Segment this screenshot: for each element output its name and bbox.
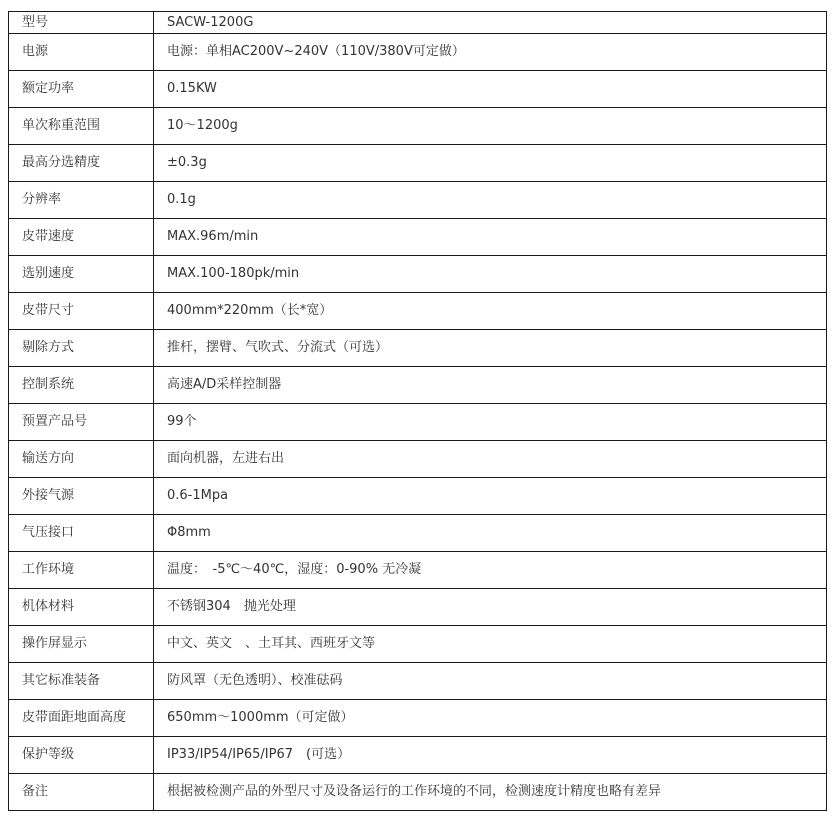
row-value: 高速A/D采样控制器: [154, 367, 827, 404]
row-label: 皮带速度: [9, 219, 154, 256]
table-row-standard-equipment: 其它标准装备 防风罩（无色透明）、校准砝码: [9, 663, 827, 700]
row-label: 工作环境: [9, 552, 154, 589]
table-row-remarks: 备注 根据被检测产品的外型尺寸及设备运行的工作环境的不同，检测速度计精度也略有差…: [9, 774, 827, 811]
table-row-body-material: 机体材料 不锈钢304 抛光处理: [9, 589, 827, 626]
row-label: 预置产品号: [9, 404, 154, 441]
row-label: 型号: [9, 12, 154, 34]
table-row-resolution: 分辨率 0.1g: [9, 182, 827, 219]
table-row-belt-speed: 皮带速度 MAX.96m/min: [9, 219, 827, 256]
row-value: 根据被检测产品的外型尺寸及设备运行的工作环境的不同，检测速度计精度也略有差异: [154, 774, 827, 811]
row-value: 中文、英文 、土耳其、西班牙文等: [154, 626, 827, 663]
row-label: 皮带面距地面高度: [9, 700, 154, 737]
row-label: 保护等级: [9, 737, 154, 774]
row-value: 推杆，摆臂、气吹式、分流式（可选）: [154, 330, 827, 367]
spec-table: 型号 SACW-1200G 电源 电源：单相AC200V~240V（110V/3…: [8, 11, 827, 811]
row-value: ±0.3g: [154, 145, 827, 182]
row-value: 温度： -5℃～40℃，湿度：0-90% 无冷凝: [154, 552, 827, 589]
row-value: 防风罩（无色透明）、校准砝码: [154, 663, 827, 700]
row-label: 最高分选精度: [9, 145, 154, 182]
row-label: 皮带尺寸: [9, 293, 154, 330]
row-label: 备注: [9, 774, 154, 811]
row-label: 分辨率: [9, 182, 154, 219]
table-row-weighing-range: 单次称重范围 10～1200g: [9, 108, 827, 145]
row-value: Φ8mm: [154, 515, 827, 552]
row-value: MAX.100-180pk/min: [154, 256, 827, 293]
row-value: 0.15KW: [154, 71, 827, 108]
row-value: 0.1g: [154, 182, 827, 219]
table-row-rated-power: 额定功率 0.15KW: [9, 71, 827, 108]
table-row-protection-level: 保护等级 IP33/IP54/IP65/IP67 (可选）: [9, 737, 827, 774]
row-value: 650mm～1000mm（可定做）: [154, 700, 827, 737]
table-row-conveying-direction: 输送方向 面向机器，左进右出: [9, 441, 827, 478]
row-label: 单次称重范围: [9, 108, 154, 145]
row-value: 电源：单相AC200V~240V（110V/380V可定做）: [154, 34, 827, 71]
row-value: IP33/IP54/IP65/IP67 (可选）: [154, 737, 827, 774]
table-row-belt-size: 皮带尺寸 400mm*220mm（长*宽）: [9, 293, 827, 330]
table-row-preset-products: 预置产品号 99个: [9, 404, 827, 441]
spec-table-body: 型号 SACW-1200G 电源 电源：单相AC200V~240V（110V/3…: [9, 12, 827, 811]
row-value: 0.6-1Mpa: [154, 478, 827, 515]
table-row-sorting-speed: 选别速度 MAX.100-180pk/min: [9, 256, 827, 293]
row-value: 面向机器，左进右出: [154, 441, 827, 478]
table-row-belt-height: 皮带面距地面高度 650mm～1000mm（可定做）: [9, 700, 827, 737]
row-label: 选别速度: [9, 256, 154, 293]
table-row-model: 型号 SACW-1200G: [9, 12, 827, 34]
row-value: 10～1200g: [154, 108, 827, 145]
row-value: 不锈钢304 抛光处理: [154, 589, 827, 626]
table-row-air-interface: 气压接口 Φ8mm: [9, 515, 827, 552]
row-label: 气压接口: [9, 515, 154, 552]
row-value: 99个: [154, 404, 827, 441]
table-row-air-source: 外接气源 0.6-1Mpa: [9, 478, 827, 515]
row-label: 电源: [9, 34, 154, 71]
row-label: 其它标准装备: [9, 663, 154, 700]
table-row-display-language: 操作屏显示 中文、英文 、土耳其、西班牙文等: [9, 626, 827, 663]
row-label: 机体材料: [9, 589, 154, 626]
table-row-control-system: 控制系统 高速A/D采样控制器: [9, 367, 827, 404]
row-label: 剔除方式: [9, 330, 154, 367]
row-value: MAX.96m/min: [154, 219, 827, 256]
table-row-rejection-method: 剔除方式 推杆，摆臂、气吹式、分流式（可选）: [9, 330, 827, 367]
row-label: 外接气源: [9, 478, 154, 515]
table-row-sorting-accuracy: 最高分选精度 ±0.3g: [9, 145, 827, 182]
table-row-working-environment: 工作环境 温度： -5℃～40℃，湿度：0-90% 无冷凝: [9, 552, 827, 589]
row-label: 额定功率: [9, 71, 154, 108]
row-value: 400mm*220mm（长*宽）: [154, 293, 827, 330]
table-row-power-supply: 电源 电源：单相AC200V~240V（110V/380V可定做）: [9, 34, 827, 71]
row-label: 输送方向: [9, 441, 154, 478]
row-value: SACW-1200G: [154, 12, 827, 34]
row-label: 控制系统: [9, 367, 154, 404]
row-label: 操作屏显示: [9, 626, 154, 663]
